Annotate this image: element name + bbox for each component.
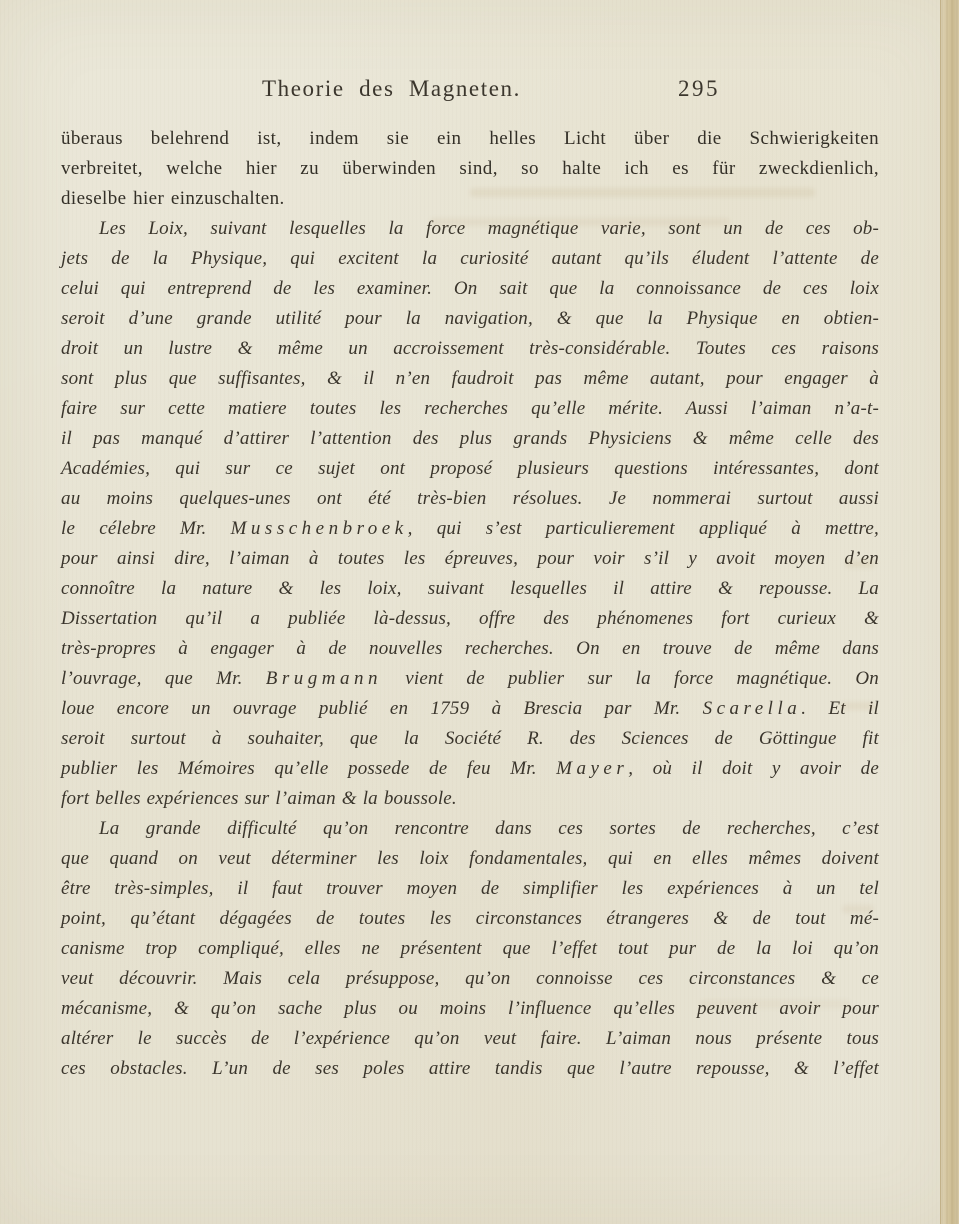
text-segment: être très-simples, il faut trouver moyen… [61, 878, 879, 899]
text-segment: La grande difficulté qu’on rencontre dan… [99, 818, 879, 839]
page-header: Theorie des Magneten. 295 [60, 76, 880, 110]
text-line: ces obstacles. L’un de ses poles attire … [61, 1054, 879, 1084]
text-segment: droit un lustre & même un accroissement … [61, 338, 879, 359]
book-edge-band [940, 0, 959, 1224]
text-line: droit un lustre & même un accroissement … [61, 334, 879, 364]
text-segment: , qui s’est particulierement appliqué à … [408, 518, 879, 539]
text-line: mécanisme, & qu’on sache plus ou moins l… [61, 994, 879, 1024]
text-segment: publier les Mémoires qu’elle possede de … [61, 758, 556, 779]
text-segment: l’ouvrage, que Mr. [61, 668, 266, 689]
text-segment: connoître la nature & les loix, suivant … [61, 578, 879, 599]
text-segment: , où il doit y avoir de [628, 758, 879, 779]
paragraph: Les Loix, suivant lesquelles la force ma… [61, 214, 879, 814]
text-segment: il pas manqué d’attirer l’attention des … [61, 428, 879, 449]
text-line: seroit surtout à souhaiter, que la Socié… [61, 724, 879, 754]
text-line: Dissertation qu’il a publiée là-dessus, … [61, 604, 879, 634]
text-segment: veut découvrir. Mais cela présuppose, qu… [61, 968, 879, 989]
page-number: 295 [678, 76, 720, 102]
text-segment: au moins quelques-unes ont été très-bien… [61, 488, 879, 509]
text-line: veut découvrir. Mais cela présuppose, qu… [61, 964, 879, 994]
text-segment: seroit surtout à souhaiter, que la Socié… [61, 728, 879, 749]
text-segment: faire sur cette matiere toutes les reche… [61, 398, 879, 419]
text-line: le célebre Mr. Musschenbroek, qui s’est … [61, 514, 879, 544]
text-line: seroit d’une grande utilité pour la navi… [61, 304, 879, 334]
running-title: Theorie des Magneten. [262, 76, 521, 102]
text-segment: le célebre Mr. [61, 518, 231, 539]
text-segment: celui qui entreprend de les examiner. On… [61, 278, 879, 299]
text-segment: überaus belehrend ist, indem sie ein hel… [61, 128, 879, 149]
text-segment: dieselbe hier einzuschalten. [61, 188, 285, 209]
text-line: verbreitet, welche hier zu überwinden si… [61, 154, 879, 184]
text-line: pour ainsi dire, l’aiman à toutes les ép… [61, 544, 879, 574]
person-name: Brugmann [266, 668, 382, 689]
person-name: Scarella [703, 698, 802, 719]
text-segment: Dissertation qu’il a publiée là-dessus, … [61, 608, 879, 629]
text-line: il pas manqué d’attirer l’attention des … [61, 424, 879, 454]
text-line: canisme trop compliqué, elles ne présent… [61, 934, 879, 964]
text-line: loue encore un ouvrage publié en 1759 à … [61, 694, 879, 724]
text-line: fort belles expériences sur l’aiman & la… [61, 784, 879, 814]
person-name: Mayer [556, 758, 628, 779]
text-segment: mécanisme, & qu’on sache plus ou moins l… [61, 998, 879, 1019]
text-line: überaus belehrend ist, indem sie ein hel… [61, 124, 879, 154]
text-line: être très-simples, il faut trouver moyen… [61, 874, 879, 904]
text-segment: pour ainsi dire, l’aiman à toutes les ép… [61, 548, 879, 569]
text-line: Les Loix, suivant lesquelles la force ma… [61, 214, 879, 244]
text-line: connoître la nature & les loix, suivant … [61, 574, 879, 604]
text-line: que quand on veut déterminer les loix fo… [61, 844, 879, 874]
text-segment: seroit d’une grande utilité pour la navi… [61, 308, 879, 329]
text-segment: Les Loix, suivant lesquelles la force ma… [99, 218, 879, 239]
book-page-scan: Theorie des Magneten. 295 überaus belehr… [0, 0, 959, 1224]
text-segment: loue encore un ouvrage publié en 1759 à … [61, 698, 703, 719]
text-segment: ces obstacles. L’un de ses poles attire … [61, 1058, 879, 1079]
text-segment: point, qu’étant dégagées de toutes les c… [61, 908, 879, 929]
text-line: La grande difficulté qu’on rencontre dan… [61, 814, 879, 844]
text-segment: verbreitet, welche hier zu überwinden si… [61, 158, 879, 179]
person-name: Musschenbroek [231, 518, 408, 539]
text-line: sont plus que suffisantes, & il n’en fau… [61, 364, 879, 394]
text-segment: que quand on veut déterminer les loix fo… [61, 848, 879, 869]
text-line: l’ouvrage, que Mr. Brugmann vient de pub… [61, 664, 879, 694]
text-segment: fort belles expériences sur l’aiman & la… [61, 788, 457, 809]
text-segment: . Et il [801, 698, 879, 719]
text-line: publier les Mémoires qu’elle possede de … [61, 754, 879, 784]
text-segment: canisme trop compliqué, elles ne présent… [61, 938, 879, 959]
text-segment: Académies, qui sur ce sujet ont proposé … [61, 458, 879, 479]
text-line: Académies, qui sur ce sujet ont proposé … [61, 454, 879, 484]
text-block: überaus belehrend ist, indem sie ein hel… [61, 124, 879, 1084]
paragraph: La grande difficulté qu’on rencontre dan… [61, 814, 879, 1084]
text-segment: très-propres à engager à de nouvelles re… [61, 638, 879, 659]
text-segment: jets de la Physique, qui excitent la cur… [61, 248, 879, 269]
text-segment: sont plus que suffisantes, & il n’en fau… [61, 368, 879, 389]
text-line: jets de la Physique, qui excitent la cur… [61, 244, 879, 274]
text-line: dieselbe hier einzuschalten. [61, 184, 879, 214]
text-line: au moins quelques-unes ont été très-bien… [61, 484, 879, 514]
text-segment: vient de publier sur la force magnétique… [382, 668, 879, 689]
text-line: altérer le succès de l’expérience qu’on … [61, 1024, 879, 1054]
text-line: faire sur cette matiere toutes les reche… [61, 394, 879, 424]
text-segment: altérer le succès de l’expérience qu’on … [61, 1028, 879, 1049]
text-line: point, qu’étant dégagées de toutes les c… [61, 904, 879, 934]
text-line: très-propres à engager à de nouvelles re… [61, 634, 879, 664]
paragraph: überaus belehrend ist, indem sie ein hel… [61, 124, 879, 214]
text-line: celui qui entreprend de les examiner. On… [61, 274, 879, 304]
